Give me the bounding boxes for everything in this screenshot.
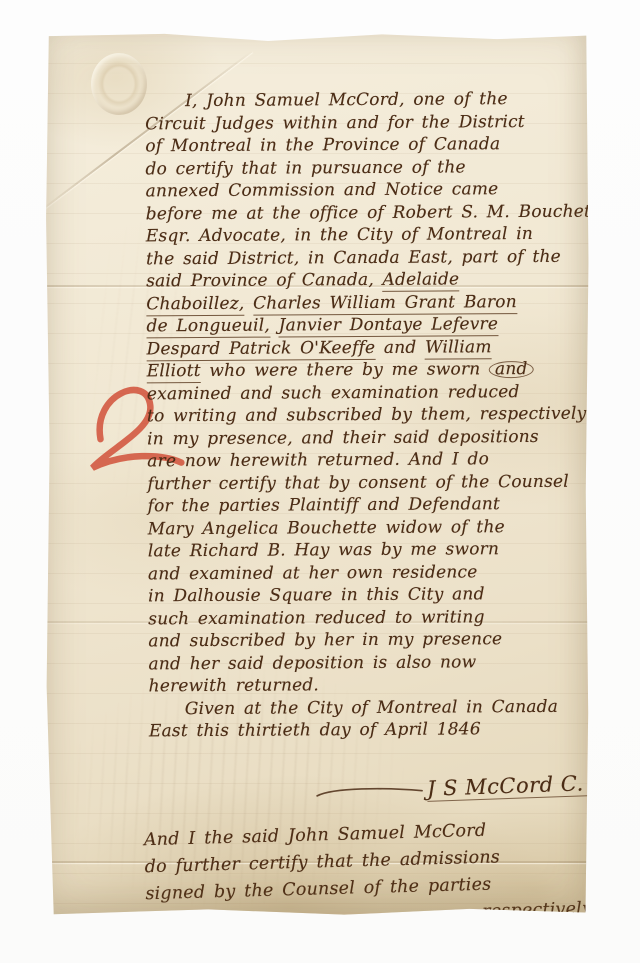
manuscript-line: and her said deposition is also now xyxy=(148,650,584,675)
text-segment: and xyxy=(375,337,425,357)
manuscript-line: examined and such examination reduced xyxy=(147,380,583,405)
text-segment: East this thirtieth day of April 1846 xyxy=(149,719,481,741)
text-segment: for the parties Plaintiff and Defendant xyxy=(147,494,500,516)
manuscript-line: in my presence, and their said depositio… xyxy=(147,425,583,450)
manuscript-line: I, John Samuel McCord, one of the xyxy=(145,88,581,113)
manuscript-line: herewith returned. xyxy=(149,673,585,698)
manuscript-line: do certify that in pursuance of the xyxy=(145,155,581,180)
text-segment: signed by the Counsel of the parties xyxy=(145,875,491,905)
manuscript-line: annexed Commission and Notice came xyxy=(146,178,582,203)
manuscript-line: are now herewith returned. And I do xyxy=(147,448,583,473)
underlined-name: Janvier Dontaye Lefevre xyxy=(279,314,499,337)
text-segment: Mary Angelica Bouchette widow of the xyxy=(148,517,505,539)
manuscript-line: Given at the City of Montreal in Canada xyxy=(149,695,585,720)
text-segment: I, John Samuel McCord, one of the xyxy=(185,89,508,111)
text-segment: further certify that by consent of the C… xyxy=(147,471,569,494)
manuscript-line: before me at the office of Robert S. M. … xyxy=(146,200,582,225)
text-segment: examined and such examination reduced xyxy=(147,382,520,404)
text-segment: herewith returned. xyxy=(149,675,319,696)
manuscript-line: further certify that by consent of the C… xyxy=(147,470,583,495)
underlined-name: Elliott xyxy=(147,361,201,383)
text-segment: are now herewith returned. And I do xyxy=(147,449,489,471)
manuscript-line: Chaboillez, Charles William Grant Baron xyxy=(146,290,582,315)
manuscript-line: Esqr. Advocate, in the City of Montreal … xyxy=(146,223,582,248)
text-segment: Esqr. Advocate, in the City of Montreal … xyxy=(146,224,533,246)
underlined-name: Adelaide xyxy=(382,269,459,291)
manuscript-line: de Longueuil, Janvier Dontaye Lefevre xyxy=(146,313,582,338)
manuscript-line: the said District, in Canada East, part … xyxy=(146,245,582,270)
underlined-name: William xyxy=(425,337,492,359)
manuscript-line: of Montreal in the Province of Canada xyxy=(145,133,581,158)
text-segment xyxy=(244,293,253,313)
underlined-name: Despard Patrick O'Keeffe xyxy=(147,337,376,360)
signature-flourish xyxy=(314,781,424,801)
manuscript-line: Circuit Judges within and for the Distri… xyxy=(145,110,581,135)
signature-block: J S McCord C. J. xyxy=(305,772,605,803)
manuscript-page: I, John Samuel McCord, one of theCircuit… xyxy=(45,33,589,916)
text-segment xyxy=(270,316,279,336)
manuscript-line: and subscribed by her in my presence xyxy=(148,628,584,653)
manuscript-line: and examined at her own residence xyxy=(148,560,584,585)
manuscript-line: to writing and subscribed by them, respe… xyxy=(147,403,583,428)
text-segment: of Montreal in the Province of Canada xyxy=(145,134,500,156)
text-segment: annexed Commission and Notice came xyxy=(146,179,499,201)
manuscript-line: Mary Angelica Bouchette widow of the xyxy=(148,515,584,540)
photo-background: I, John Samuel McCord, one of theCircuit… xyxy=(0,0,640,963)
embossed-seal xyxy=(91,53,147,115)
text-segment: the said District, in Canada East, part … xyxy=(146,246,561,269)
manuscript-line: said Province of Canada, Adelaide xyxy=(146,268,582,293)
circled-word: and xyxy=(489,361,534,378)
underlined-name: de Longueuil, xyxy=(146,316,270,339)
text-segment: in my presence, and their said depositio… xyxy=(147,426,539,448)
underlined-name: Charles William Grant Baron xyxy=(253,292,517,316)
manuscript-body-text: I, John Samuel McCord, one of theCircuit… xyxy=(145,88,585,743)
text-segment: such examination reduced to writing xyxy=(148,607,485,629)
manuscript-line: Elliott who were there by me sworn and xyxy=(147,358,583,383)
text-segment: and subscribed by her in my presence xyxy=(148,629,502,651)
manuscript-line: East this thirtieth day of April 1846 xyxy=(149,718,585,743)
text-segment: in Dalhousie Square in this City and xyxy=(148,584,485,606)
manuscript-postscript-text: And I the said John Samuel McCorddo furt… xyxy=(144,815,593,935)
text-segment: before me at the office of Robert S. M. … xyxy=(146,201,609,224)
underlined-name: Chaboillez, xyxy=(146,293,244,316)
text-segment: who were there by me sworn xyxy=(201,359,489,381)
text-segment: respectively xyxy=(482,899,592,922)
text-segment: do certify that in pursuance of the xyxy=(145,157,465,179)
text-segment: said Province of Canada, xyxy=(146,270,382,291)
manuscript-line: Despard Patrick O'Keeffe and William xyxy=(147,335,583,360)
text-segment: to writing and subscribed by them, respe… xyxy=(147,404,587,427)
judge-signature: J S McCord C. J. xyxy=(426,771,605,802)
manuscript-line: such examination reduced to writing xyxy=(148,605,584,630)
text-segment: and her said deposition is also now xyxy=(148,652,476,674)
text-segment: Given at the City of Montreal in Canada xyxy=(185,696,558,718)
manuscript-line: in Dalhousie Square in this City and xyxy=(148,583,584,608)
manuscript-line: for the parties Plaintiff and Defendant xyxy=(147,493,583,518)
text-segment: Circuit Judges within and for the Distri… xyxy=(145,112,525,134)
manuscript-line: late Richard B. Hay was by me sworn xyxy=(148,538,584,563)
text-segment: and examined at her own residence xyxy=(148,562,478,584)
text-segment: late Richard B. Hay was by me sworn xyxy=(148,539,499,561)
